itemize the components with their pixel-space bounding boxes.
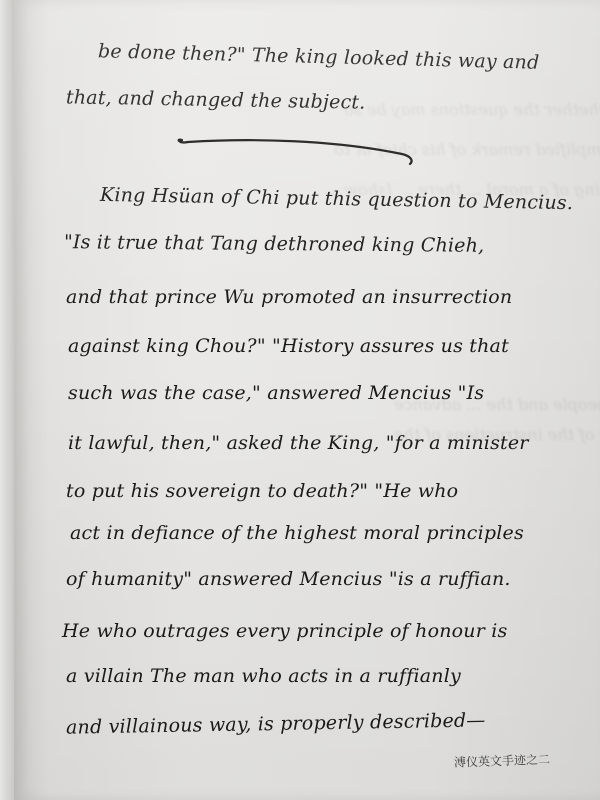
adjacent-page-edge [0, 0, 14, 800]
bleed-through-text: whether the questions may be so [344, 100, 600, 119]
manuscript-line-7: such was the case," answered Mencius "Is [68, 382, 484, 404]
photo-caption: 溥仪英文手迹之二 [454, 750, 551, 770]
manuscript-line-5: and that prince Wu promoted an insurrect… [66, 286, 512, 308]
manuscript-line-14: and villainous way, is properly describe… [66, 709, 486, 738]
manuscript-line-11: of humanity" answered Mencius "is a ruff… [66, 568, 511, 590]
manuscript-page: whether the questions may be so unsimpli… [14, 0, 600, 800]
manuscript-line-8: it lawful, then," asked the King, "for a… [68, 432, 529, 454]
manuscript-line-1: be done then?" The king looked this way … [98, 40, 540, 74]
manuscript-line-10: act in defiance of the highest moral pri… [70, 522, 524, 544]
manuscript-line-13: a villain The man who acts in a ruffianl… [66, 665, 461, 687]
manuscript-line-9: to put his sovereign to death?" "He who [66, 480, 458, 502]
manuscript-line-12: He who outrages every principle of honou… [62, 620, 507, 642]
manuscript-line-4: "Is it true that Tang dethroned king Chi… [64, 231, 485, 257]
manuscript-line-2: that, and changed the subject. [66, 86, 366, 113]
section-divider-flourish [174, 128, 424, 168]
manuscript-line-6: against king Chou?" "History assures us … [68, 335, 509, 357]
